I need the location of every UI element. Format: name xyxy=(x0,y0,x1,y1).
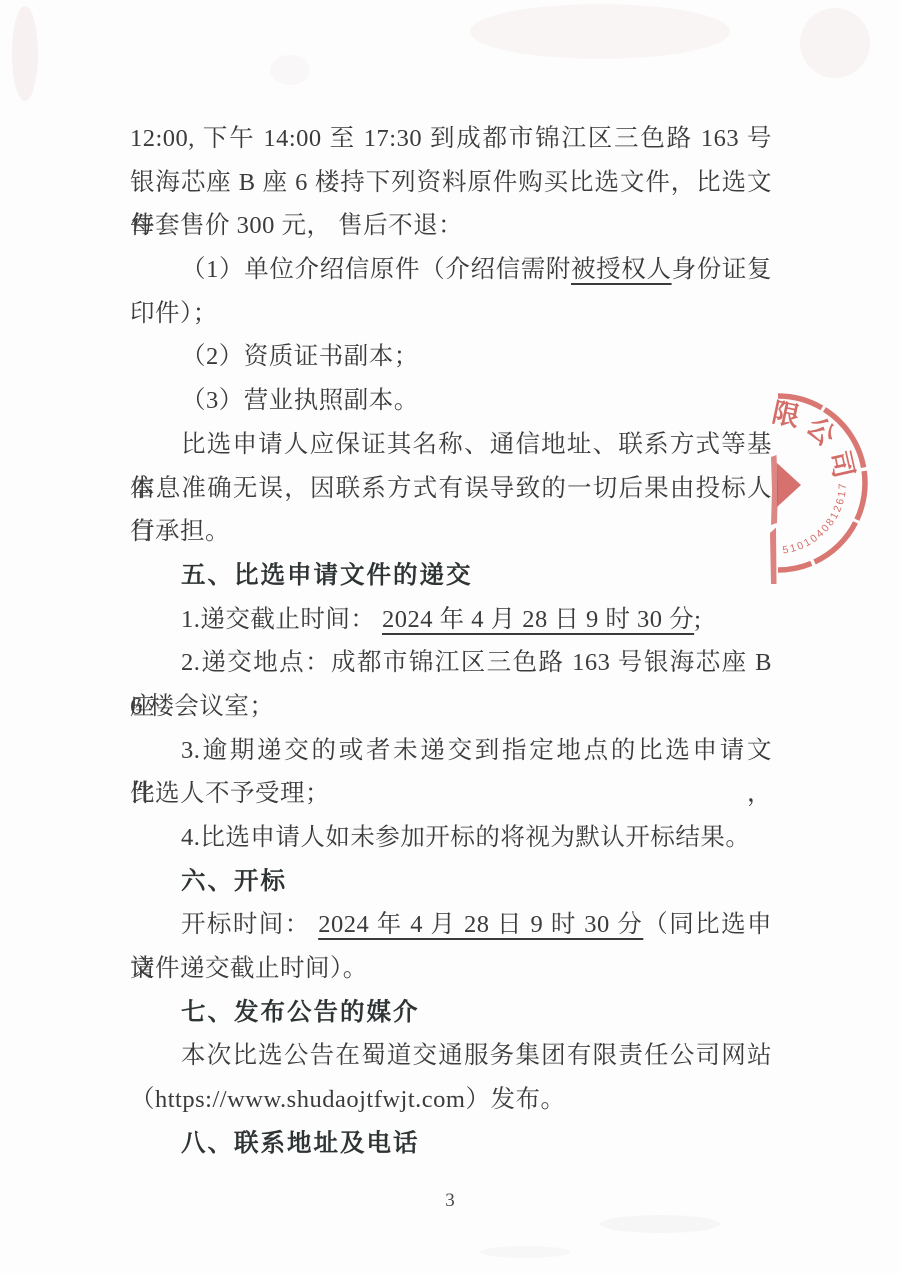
scan-artifact xyxy=(12,6,38,101)
text-segment: 每套售价 300 元， 售后不退： xyxy=(130,212,463,239)
underlined-text: 被授权人 xyxy=(571,256,672,283)
text-segment: （2）资质证书副本； xyxy=(181,343,419,370)
text-segment: 身份证复 xyxy=(672,256,772,283)
text-segment: 比选人不予受理； xyxy=(130,780,330,807)
text-line-21: 七、发布公告的媒介 xyxy=(130,991,772,1035)
text-line-20: 文件递交截止时间）。 xyxy=(130,947,772,991)
seal-number: 5101040812617 xyxy=(782,481,849,556)
scan-artifact xyxy=(800,8,870,78)
text-segment: 八、联系地址及电话 xyxy=(181,1130,420,1157)
text-line-14: 6 楼会议室； xyxy=(130,685,772,729)
text-segment: 本次比选公告在蜀道交通服务集团有限责任公司网站 xyxy=(181,1042,772,1069)
document-body: 12:00, 下午 14:00 至 17:30 到成都市锦江区三色路 163 号… xyxy=(130,117,772,1166)
text-line-22: 本次比选公告在蜀道交通服务集团有限责任公司网站 xyxy=(130,1034,772,1078)
star-icon xyxy=(777,463,801,507)
text-segment: 1.递交截止时间： xyxy=(181,606,382,633)
text-line-7: （3）营业执照副本。 xyxy=(130,379,772,423)
text-segment: （3）营业执照副本。 xyxy=(181,387,419,414)
text-segment: （1）单位介绍信原件（介绍信需附 xyxy=(181,256,571,283)
text-segment: 6 楼会议室； xyxy=(130,693,274,720)
text-line-4: （1）单位介绍信原件（介绍信需附被授权人身份证复 xyxy=(130,248,772,292)
text-line-6: （2）资质证书副本； xyxy=(130,335,772,379)
text-segment: （https://www.shudaojtfwjt.com）发布。 xyxy=(130,1086,565,1113)
text-segment: 4.比选申请人如未参加开标的将视为默认开标结果。 xyxy=(181,824,750,851)
scan-artifact xyxy=(480,1246,570,1258)
text-line-17: 4.比选申请人如未参加开标的将视为默认开标结果。 xyxy=(130,816,772,860)
text-segment: 行承担。 xyxy=(130,518,230,545)
star-icon xyxy=(771,455,778,525)
scan-artifact xyxy=(600,1215,720,1233)
text-segment: 五、比选申请文件的递交 xyxy=(181,562,473,589)
text-line-3: 每套售价 300 元， 售后不退： xyxy=(130,204,772,248)
text-line-23: （https://www.shudaojtfwjt.com）发布。 xyxy=(130,1078,772,1122)
text-line-24: 八、联系地址及电话 xyxy=(130,1122,772,1166)
seal-ring xyxy=(778,396,865,570)
text-segment: 七、发布公告的媒介 xyxy=(181,999,420,1026)
document-page: 12:00, 下午 14:00 至 17:30 到成都市锦江区三色路 163 号… xyxy=(0,0,900,1273)
text-line-5: 印件）； xyxy=(130,292,772,336)
text-line-18: 六、开标 xyxy=(130,860,772,904)
text-line-1: 12:00, 下午 14:00 至 17:30 到成都市锦江区三色路 163 号 xyxy=(130,117,772,161)
text-segment: ; xyxy=(694,606,701,633)
underlined-text: 2024 年 4 月 28 日 9 时 30 分 xyxy=(382,606,694,633)
text-line-12: 1.递交截止时间： 2024 年 4 月 28 日 9 时 30 分; xyxy=(130,598,772,642)
scan-artifact xyxy=(470,4,730,59)
underlined-text: 2024 年 4 月 28 日 9 时 30 分 xyxy=(318,911,643,938)
text-segment: 六、开标 xyxy=(181,868,287,895)
text-line-9: 信息准确无误，因联系方式有误导致的一切后果由投标人自 xyxy=(130,467,772,511)
text-segment: 开标时间： xyxy=(181,911,318,938)
text-segment: 12:00, 下午 14:00 至 17:30 到成都市锦江区三色路 163 号 xyxy=(130,125,772,152)
text-segment: 文件递交截止时间）。 xyxy=(130,955,368,982)
page-number: 3 xyxy=(0,1190,900,1212)
text-line-10: 行承担。 xyxy=(130,510,772,554)
text-line-8: 比选申请人应保证其名称、通信地址、联系方式等基本 xyxy=(130,423,772,467)
text-line-2: 银海芯座 B 座 6 楼持下列资料原件购买比选文件，比选文件 xyxy=(130,161,772,205)
scan-artifact xyxy=(270,55,310,85)
text-line-13: 2.递交地点：成都市锦江区三色路 163 号银海芯座 B 座 xyxy=(130,641,772,685)
seal-arc-text: 限公司 xyxy=(770,397,861,487)
text-line-19: 开标时间： 2024 年 4 月 28 日 9 时 30 分（同比选申请 xyxy=(130,903,772,947)
text-segment: 印件）； xyxy=(130,300,218,327)
text-line-11: 五、比选申请文件的递交 xyxy=(130,554,772,598)
text-line-15: 3.逾期递交的或者未递交到指定地点的比选申请文件， xyxy=(130,729,772,773)
